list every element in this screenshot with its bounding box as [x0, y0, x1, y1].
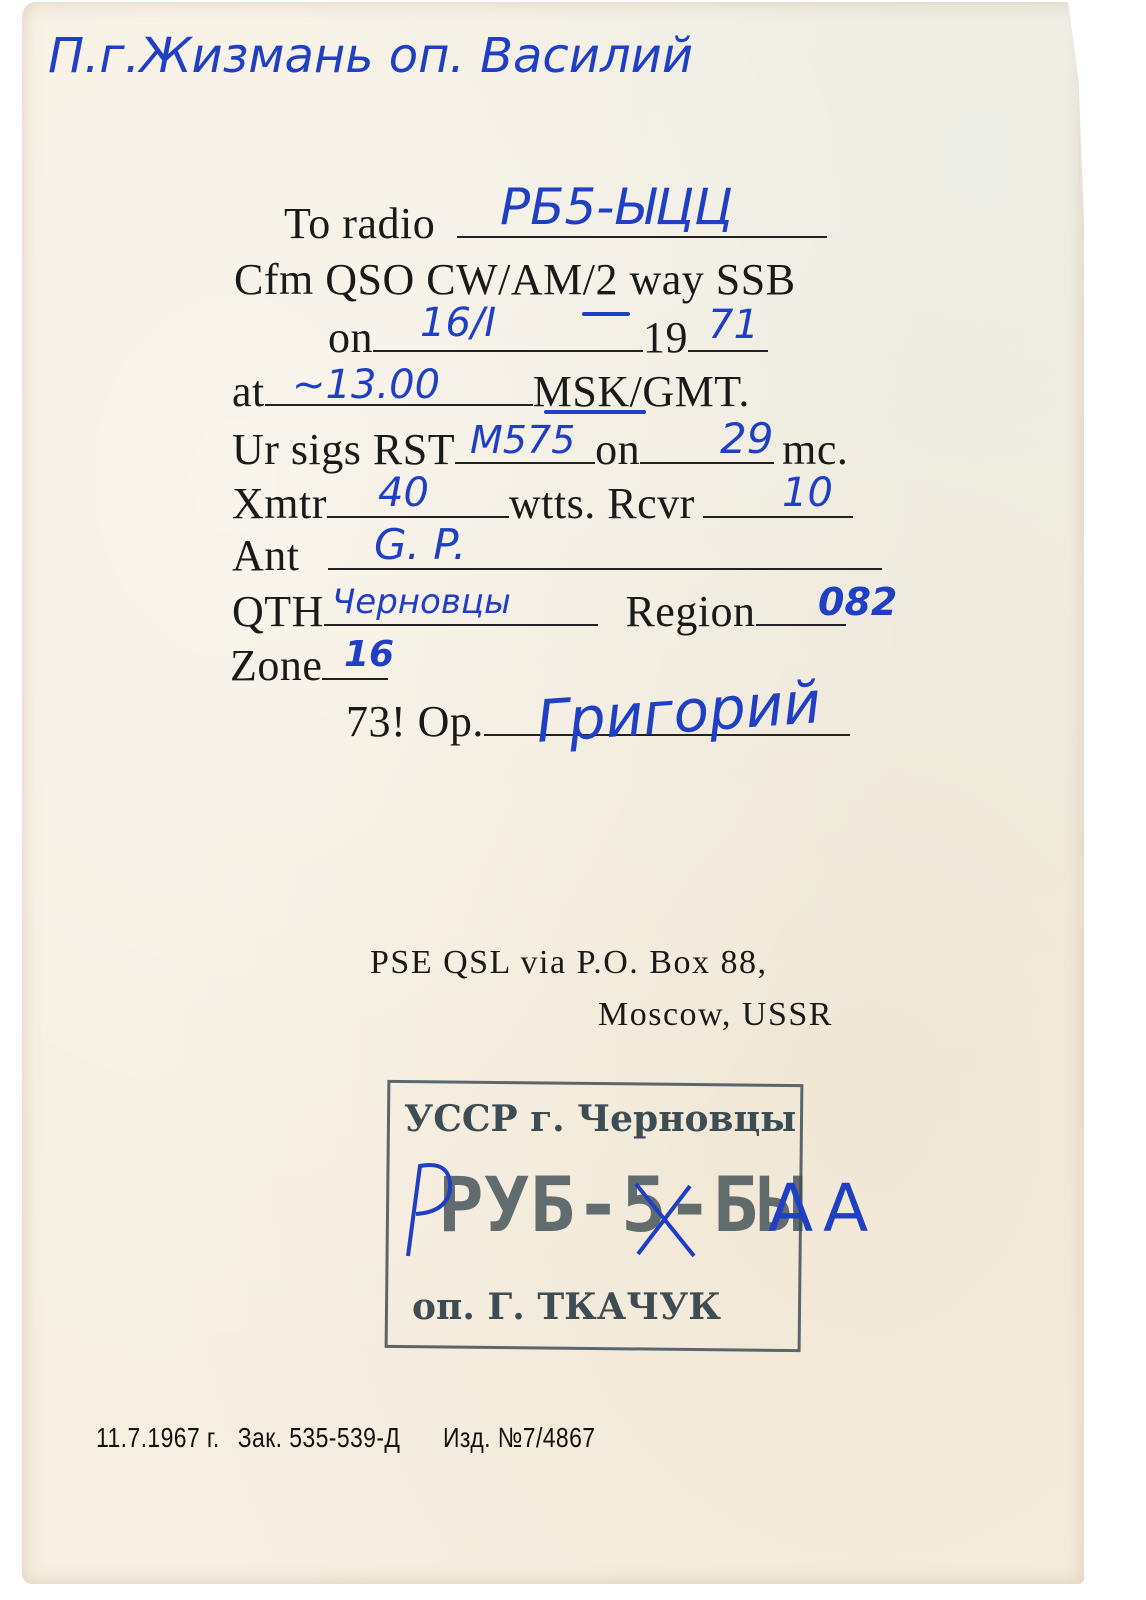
value-ant: G. P. [374, 520, 466, 569]
value-region: 082 [818, 580, 897, 624]
address-line-2: Moscow, USSR [598, 996, 833, 1034]
field-qth-region: QTH Region [232, 586, 846, 637]
handwritten-header: П.г.Жизмань оп. Василий [48, 28, 693, 84]
field-ant: Ant [232, 530, 882, 581]
strike-mark [630, 1180, 700, 1260]
footer-order-number: Зак. 535-539-Д [238, 1422, 401, 1453]
blank-date [373, 314, 643, 352]
field-date: on19 [328, 312, 768, 363]
stamp-line-location: УССР г. Черновцы [404, 1098, 796, 1140]
p-overwrite-mark [400, 1160, 460, 1260]
value-to-radio: РБ5-ЫЦЦ [500, 178, 733, 236]
value-qth: Черновцы [332, 582, 511, 622]
value-zone: 16 [344, 634, 394, 675]
label-qth: QTH [232, 587, 324, 636]
print-footer: 11.7.1967 г.Зак. 535-539-ДИзд. №7/4867 [96, 1422, 595, 1454]
field-xmtr-rcvr: Xmtrwtts. Rcvr [232, 478, 853, 529]
value-rst: M575 [470, 418, 575, 462]
cfm-qso-line: Cfm QSO CW/AM/2 way SSB [234, 254, 796, 305]
label-rst: Ur sigs RST [232, 425, 455, 474]
label-zone: Zone [230, 641, 322, 690]
label-at: at [232, 367, 265, 416]
label-timezone: MSK/GMT. [533, 367, 750, 416]
value-xmtr: 40 [378, 470, 429, 516]
year-prefix: 19 [643, 313, 688, 362]
footer-edition-number: Изд. №7/4867 [443, 1422, 595, 1453]
address-line-1: PSE QSL via P.O. Box 88, [370, 944, 767, 982]
label-rcvr: Rcvr [607, 479, 695, 528]
stamp-callsign: РУБ-5-БЫ [438, 1160, 804, 1249]
value-year: 71 [708, 302, 759, 348]
label-cfm-qso: Cfm QSO CW/AM/2 way SSB [234, 255, 796, 304]
stamp-operator: оп. Г. ТКАЧУК [412, 1286, 721, 1328]
value-band: 29 [720, 414, 773, 463]
footer-print-date: 11.7.1967 г. [96, 1422, 220, 1453]
value-time: ~13.00 [292, 362, 440, 408]
label-op: 73! Op. [346, 697, 484, 746]
label-region: Region [625, 587, 755, 636]
value-rcvr: 10 [782, 470, 833, 516]
label-xmtr: Xmtr [232, 479, 327, 528]
msk-underline-mark [544, 410, 646, 414]
value-date: 16/I [420, 300, 496, 346]
label-on: on [328, 313, 373, 362]
callsign-correction: АА [768, 1170, 878, 1247]
label-mc: mc. [782, 425, 848, 474]
label-ant: Ant [232, 531, 300, 580]
label-band-on: on [595, 425, 640, 474]
label-to-radio: To radio [284, 199, 435, 248]
label-wtts: wtts. [509, 479, 596, 528]
